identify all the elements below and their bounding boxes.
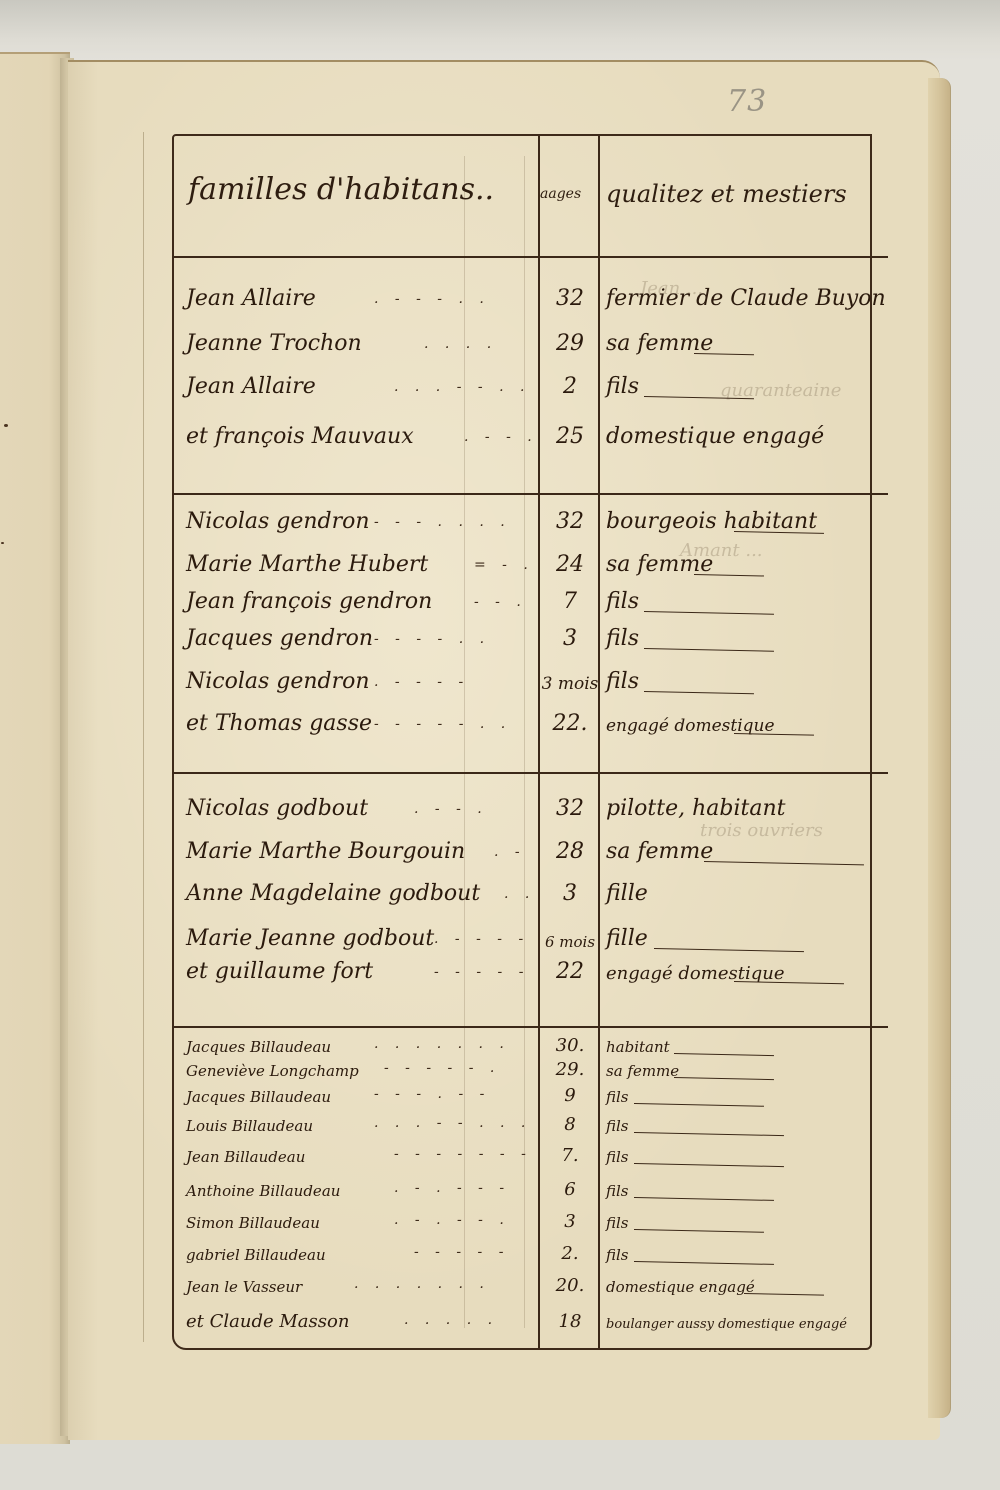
pen-stroke xyxy=(634,1197,774,1201)
inhabitant-name: et françois Mauvaux xyxy=(186,424,414,449)
inhabitant-name: Jean Allaire xyxy=(186,374,316,399)
inhabitant-name: Louis Billaudeau xyxy=(186,1117,313,1135)
pen-stroke xyxy=(634,1261,774,1265)
header-divider xyxy=(172,256,888,258)
inhabitant-age: 6 xyxy=(540,1179,600,1200)
leader-dots: - - - - . . xyxy=(374,631,490,647)
leader-dots: - - - . . . . xyxy=(374,514,511,530)
table-row: Anthoine Billaudeau . - . - - - 6 fils xyxy=(174,1176,874,1204)
inhabitant-name: et guillaume fort xyxy=(186,959,373,984)
table-row: Jacques Billaudeau - - - . - - 9 fils xyxy=(174,1082,874,1110)
inhabitant-quality: habitant xyxy=(606,1038,670,1056)
table-row: Marie Jeanne godbout . - - - - 6 mois fi… xyxy=(174,921,874,955)
leader-dots: . . . . . xyxy=(404,1312,498,1328)
inhabitant-quality: fils xyxy=(606,1117,629,1135)
leader-dots: . . . - - . . . xyxy=(374,1115,531,1131)
inhabitant-name: Jacques gendron xyxy=(186,626,373,651)
inhabitant-name: et Claude Masson xyxy=(186,1311,349,1332)
inhabitant-name: Jean Billaudeau xyxy=(186,1148,305,1166)
inhabitant-quality: fils xyxy=(606,1148,629,1166)
inhabitant-name: Jean françois gendron xyxy=(186,589,432,614)
inhabitant-age: 18 xyxy=(540,1311,600,1332)
inhabitant-age: 6 mois xyxy=(540,933,600,951)
group-divider xyxy=(172,1026,888,1028)
inhabitant-name: Jean Allaire xyxy=(186,286,316,311)
leader-dots: - - - - - . . xyxy=(374,716,511,732)
leader-dots: = - . xyxy=(474,557,534,573)
pen-stroke xyxy=(704,861,864,865)
inhabitant-name: Marie Marthe Hubert xyxy=(186,552,428,577)
leader-dots: . . . . . . . xyxy=(354,1276,490,1292)
inhabitant-name: Jacques Billaudeau xyxy=(186,1038,331,1056)
pen-stroke xyxy=(634,1229,764,1233)
inhabitant-quality: bourgeois habitant xyxy=(606,509,817,534)
inhabitant-quality: fils xyxy=(606,1088,629,1106)
table-row: Louis Billaudeau . . . - - . . . 8 fils xyxy=(174,1111,874,1139)
inhabitant-quality: sa femme xyxy=(606,1062,679,1080)
inhabitant-quality: fils xyxy=(606,1246,629,1264)
table-row: gabriel Billaudeau - - - - - 2. fils xyxy=(174,1240,874,1268)
inhabitant-age: 9 xyxy=(540,1085,600,1106)
group-divider xyxy=(172,772,888,774)
inhabitant-name: Nicolas gendron xyxy=(186,509,370,534)
table-row: Jean Allaire . . . - - . . 2 fils xyxy=(174,369,874,403)
leader-dots: - - - . - - xyxy=(374,1086,490,1102)
table-row: Jean françois gendron - - . 7 fils xyxy=(174,584,874,618)
inhabitant-quality: domestique engagé xyxy=(606,1278,755,1296)
inhabitant-age: 8 xyxy=(540,1114,600,1135)
inhabitant-age: 30. xyxy=(540,1035,600,1056)
census-table: familles d'habitans.. aages qualitez et … xyxy=(172,134,872,1350)
pen-stroke xyxy=(644,648,774,652)
pen-stroke xyxy=(644,691,754,694)
inhabitant-age: 7 xyxy=(540,589,600,614)
leader-dots: . . . . xyxy=(424,336,497,352)
inhabitant-quality: fille xyxy=(606,926,648,951)
inhabitant-name: Jeanne Trochon xyxy=(186,331,362,356)
inhabitant-quality: fils xyxy=(606,669,639,694)
leader-dots: . . xyxy=(504,886,535,902)
pen-stroke xyxy=(744,1293,824,1296)
table-row: et Claude Masson . . . . . 18 boulanger … xyxy=(174,1306,874,1336)
inhabitant-name: Marie Jeanne godbout xyxy=(186,926,434,951)
inhabitant-name: et Thomas gasse xyxy=(186,711,372,736)
inhabitant-age: 3 xyxy=(540,626,600,651)
header-quality: qualitez et mestiers xyxy=(606,180,847,208)
inhabitant-name: Nicolas godbout xyxy=(186,796,368,821)
inhabitant-quality: domestique engagé xyxy=(606,424,824,449)
leader-dots: . - - . xyxy=(464,429,538,445)
table-row: Jacques gendron - - - - . . 3 fils xyxy=(174,621,874,655)
table-row: Jean Billaudeau - - - - - - - 7. fils xyxy=(174,1142,874,1170)
inhabitant-name: Anne Magdelaine godbout xyxy=(186,881,480,906)
inhabitant-age: 3 mois xyxy=(540,674,600,694)
pen-stroke xyxy=(634,1103,764,1107)
pen-stroke xyxy=(634,1132,784,1136)
leader-dots: . - - - - xyxy=(434,931,529,947)
table-row: et Thomas gasse - - - - - . . 22. engagé… xyxy=(174,706,874,740)
inhabitant-quality: fermier de Claude Buyon xyxy=(606,286,886,311)
pen-stroke xyxy=(674,1077,774,1080)
inhabitant-age: 22. xyxy=(540,711,600,736)
leader-dots: . - - - - xyxy=(374,674,469,690)
leader-dots: - - - - - - - xyxy=(394,1146,532,1162)
pen-stroke xyxy=(644,611,774,615)
table-row: Jean Allaire . - - - . . 32 fermier de C… xyxy=(174,281,874,315)
table-row: Marie Marthe Bourgouin . - 28 sa femme xyxy=(174,834,874,868)
inhabitant-name: Anthoine Billaudeau xyxy=(186,1182,340,1200)
inhabitant-age: 32 xyxy=(540,509,600,534)
header-ages: aages xyxy=(540,186,581,202)
table-row: et françois Mauvaux . - - . 25 domestiqu… xyxy=(174,419,874,453)
inhabitant-name: Jacques Billaudeau xyxy=(186,1088,331,1106)
table-row: Jeanne Trochon . . . . 29 sa femme xyxy=(174,326,874,360)
leader-dots: . . . . . . . xyxy=(374,1036,510,1052)
inhabitant-age: 2. xyxy=(540,1243,600,1264)
table-row: Simon Billaudeau . - . - - . 3 fils xyxy=(174,1208,874,1236)
inhabitant-name: Nicolas gendron xyxy=(186,669,370,694)
leader-dots: - - - - - xyxy=(414,1244,509,1260)
leader-dots: . - xyxy=(494,844,526,860)
inhabitant-age: 29. xyxy=(540,1059,600,1080)
inhabitant-quality: sa femme xyxy=(606,839,713,864)
ink-speck xyxy=(4,424,8,427)
inhabitant-age: 2 xyxy=(540,374,600,399)
inhabitant-name: Jean le Vasseur xyxy=(186,1278,302,1296)
inhabitant-quality: fils xyxy=(606,1214,629,1232)
inhabitant-name: Geneviève Longchamp xyxy=(186,1062,359,1080)
table-row: Nicolas gendron - - - . . . . 32 bourgeo… xyxy=(174,504,874,538)
leader-dots: . - . - - . xyxy=(394,1212,510,1228)
header-families: familles d'habitans.. xyxy=(188,172,494,207)
leader-dots: . - . - - - xyxy=(394,1180,510,1196)
inhabitant-age: 32 xyxy=(540,286,600,311)
table-row: Nicolas gendron . - - - - 3 mois fils xyxy=(174,664,874,698)
ink-speck xyxy=(1,542,4,544)
inhabitant-name: Simon Billaudeau xyxy=(186,1214,320,1232)
inhabitant-quality: fils xyxy=(606,589,639,614)
pen-stroke xyxy=(654,948,804,952)
inhabitant-quality: fille xyxy=(606,881,648,906)
table-row: Jean le Vasseur . . . . . . . 20. domest… xyxy=(174,1272,874,1300)
inhabitant-age: 25 xyxy=(540,424,600,449)
inhabitant-quality: pilotte, habitant xyxy=(606,796,785,821)
inhabitant-quality: boulanger aussy domestique engagé xyxy=(606,1317,847,1332)
inhabitant-name: gabriel Billaudeau xyxy=(186,1246,326,1264)
inhabitant-quality: fils xyxy=(606,374,639,399)
inhabitant-age: 22 xyxy=(540,959,600,984)
leader-dots: . - - . xyxy=(414,801,488,817)
inhabitant-age: 3 xyxy=(540,1211,600,1232)
inhabitant-age: 3 xyxy=(540,881,600,906)
inhabitant-quality: fils xyxy=(606,626,639,651)
table-row: Geneviève Longchamp - - - - - . 29. sa f… xyxy=(174,1056,874,1084)
table-row: Anne Magdelaine godbout . . 3 fille xyxy=(174,876,874,910)
pen-stroke xyxy=(634,1163,784,1167)
pen-stroke xyxy=(644,396,754,399)
inhabitant-name: Marie Marthe Bourgouin xyxy=(186,839,465,864)
inhabitant-age: 32 xyxy=(540,796,600,821)
table-row: Marie Marthe Hubert = - . 24 sa femme xyxy=(174,547,874,581)
leader-dots: - - - - - . xyxy=(384,1060,500,1076)
leader-dots: . - - - . . xyxy=(374,291,490,307)
inhabitant-age: 29 xyxy=(540,331,600,356)
leader-dots: . . . - - . . xyxy=(394,379,530,395)
inhabitant-age: 20. xyxy=(540,1275,600,1296)
leader-dots: - - - - - xyxy=(434,964,529,980)
table-row: Nicolas godbout . - - . 32 pilotte, habi… xyxy=(174,791,874,825)
inhabitant-quality: fils xyxy=(606,1182,629,1200)
leader-dots: - - . xyxy=(474,594,527,610)
inhabitant-age: 7. xyxy=(540,1145,600,1166)
page-number: 73 xyxy=(727,84,767,119)
table-row: et guillaume fort - - - - - 22 engagé do… xyxy=(174,954,874,988)
group-divider xyxy=(172,493,888,495)
inhabitant-age: 28 xyxy=(540,839,600,864)
inhabitant-age: 24 xyxy=(540,552,600,577)
